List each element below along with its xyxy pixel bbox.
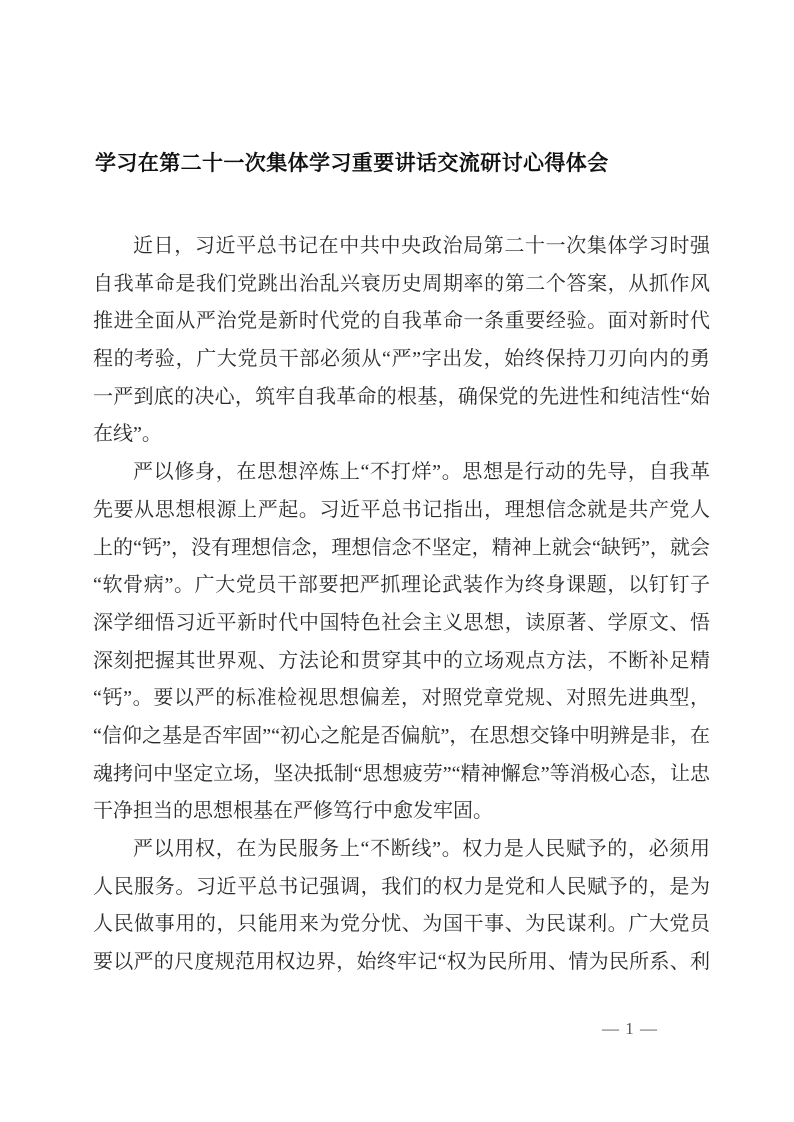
- document-body: 近日，习近平总书记在中共中央政治局第二十一次集体学习时强调，自我革命是我们党跳出…: [93, 228, 710, 982]
- paragraph: 严以用权，在为民服务上“不断线”。权力是人民赋予的，必须用来为人民服务。习近平总…: [93, 831, 710, 982]
- paragraph-line: 推进全面从严治党是新时代党的自我革命一条重要经验。面对新时代新征: [93, 303, 710, 341]
- paragraph-line: “信仰之基是否牢固”“初心之舵是否偏航”，在思想交锋中明辨是非，在灵: [93, 718, 710, 756]
- paragraph-line: 深刻把握其世界观、方法论和贯穿其中的立场观点方法，不断补足精神之: [93, 643, 710, 681]
- paragraph-line: 近日，习近平总书记在中共中央政治局第二十一次集体学习时强调，: [93, 228, 710, 266]
- document-page: 学习在第二十一次集体学习重要讲话交流研讨心得体会 近日，习近平总书记在中共中央政…: [0, 0, 794, 1122]
- paragraph-line: 严以用权，在为民服务上“不断线”。权力是人民赋予的，必须用来为: [93, 831, 710, 869]
- paragraph-line: “软骨病”。广大党员干部要把严抓理论武装作为终身课题，以钉钉子精神: [93, 567, 710, 605]
- paragraph-line: 要以严的尺度规范用权边界，始终牢记“权为民所用、情为民所系、利为: [93, 944, 710, 982]
- paragraph-line: 严以修身，在思想淬炼上“不打烊”。思想是行动的先导，自我革命首: [93, 454, 710, 492]
- paragraph-line: 深学细悟习近平新时代中国特色社会主义思想，读原著、学原文、悟原理，: [93, 605, 710, 643]
- paragraph-line: 程的考验，广大党员干部必须从“严”字出发，始终保持刀刃向内的勇气、: [93, 341, 710, 379]
- paragraph-line: 上的“钙”，没有理想信念，理想信念不坚定，精神上就会“缺钙”，就会得: [93, 530, 710, 568]
- paragraph: 严以修身，在思想淬炼上“不打烊”。思想是行动的先导，自我革命首先要从思想根源上严…: [93, 454, 710, 831]
- paragraph-line: 先要从思想根源上严起。习近平总书记指出，理想信念就是共产党人精神: [93, 492, 710, 530]
- paragraph-line: 魂拷问中坚定立场，坚决抵制“思想疲劳”“精神懈怠”等消极心态，让忠诚: [93, 756, 710, 794]
- paragraph: 近日，习近平总书记在中共中央政治局第二十一次集体学习时强调，自我革命是我们党跳出…: [93, 228, 710, 454]
- paragraph-line: 在线”。: [93, 416, 710, 454]
- paragraph-line: 人民做事用的，只能用来为党分忧、为国干事、为民谋利。广大党员干部: [93, 906, 710, 944]
- paragraph-line: 一严到底的决心，筑牢自我革命的根基，确保党的先进性和纯洁性“始终: [93, 379, 710, 417]
- paragraph-line: 自我革命是我们党跳出治乱兴衰历史周期率的第二个答案，从抓作风入手: [93, 266, 710, 304]
- page-number: — 1 —: [575, 1019, 685, 1039]
- paragraph-line: 干净担当的思想根基在严修笃行中愈发牢固。: [93, 793, 710, 831]
- paragraph-line: 人民服务。习近平总书记强调，我们的权力是党和人民赋予的，是为党和: [93, 869, 710, 907]
- document-title: 学习在第二十一次集体学习重要讲话交流研讨心得体会: [95, 149, 711, 179]
- paragraph-line: “钙”。要以严的标准检视思想偏差，对照党章党规、对照先进典型，常问: [93, 680, 710, 718]
